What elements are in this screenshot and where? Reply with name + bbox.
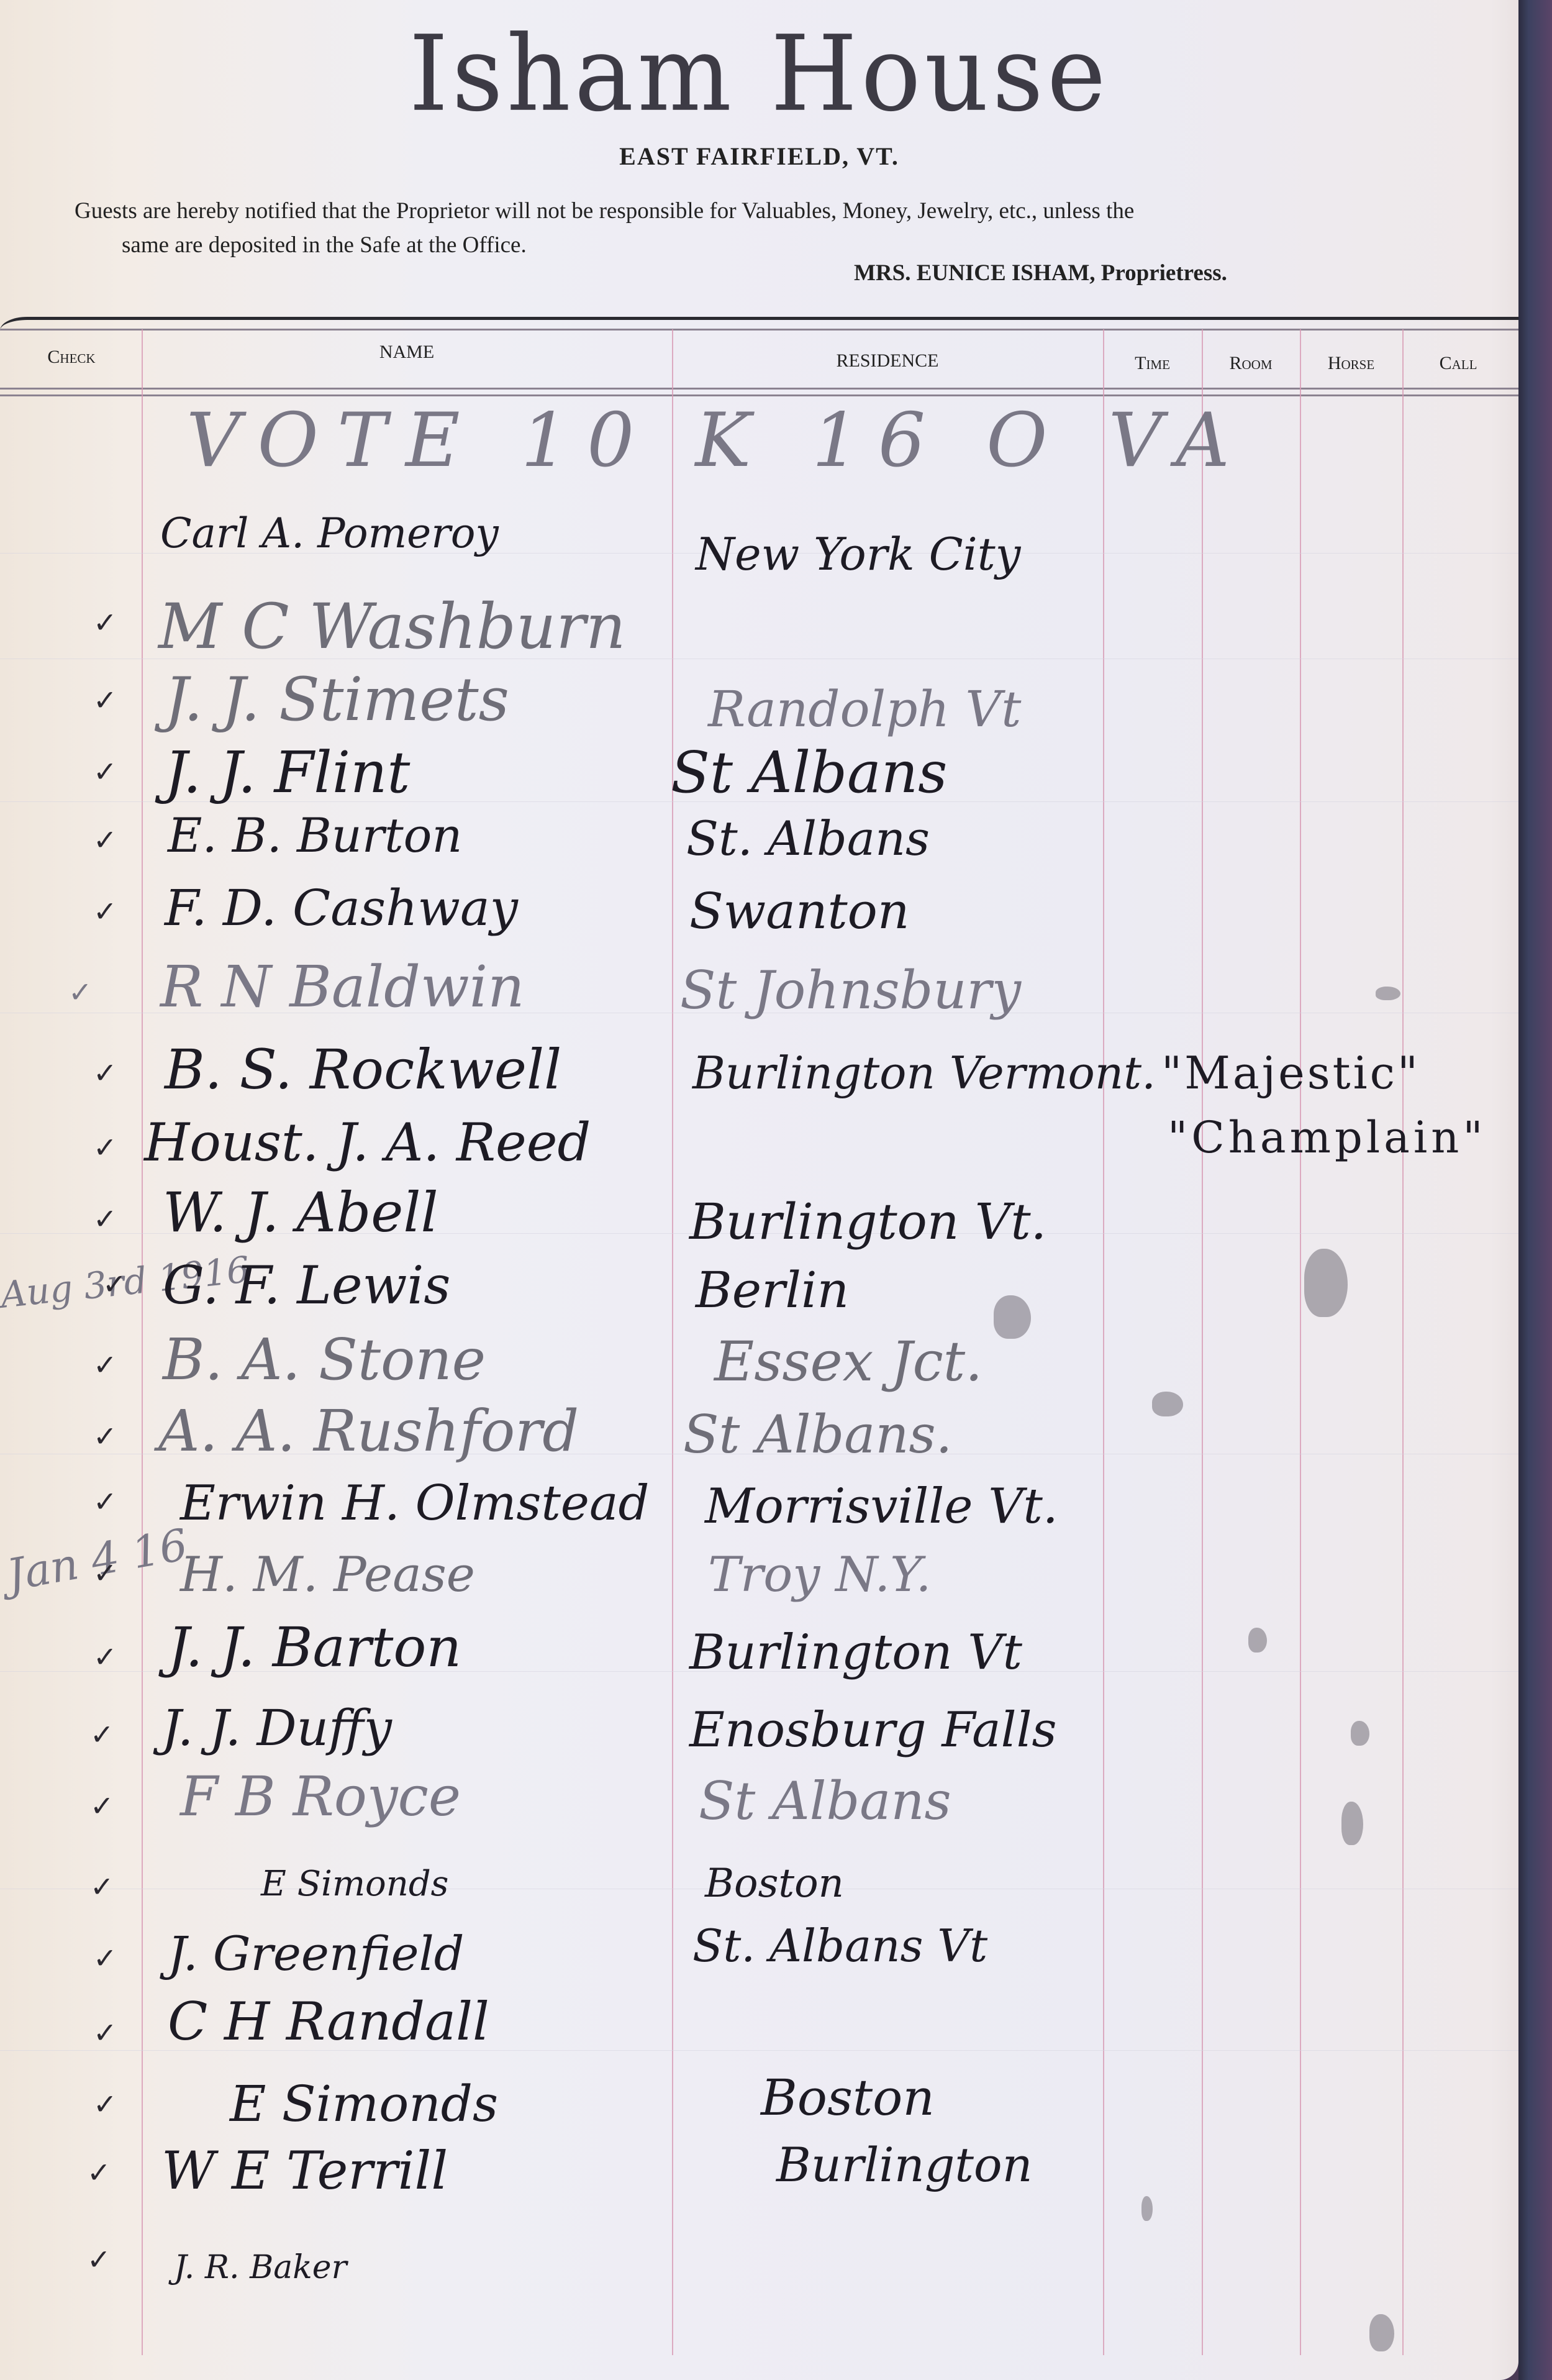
entry-name: Carl A. Pomeroy: [160, 509, 499, 557]
check-mark-icon: ✓: [93, 1556, 117, 1590]
entry-name: R N Baldwin: [160, 954, 524, 1020]
location-subtitle: EAST FAIRFIELD, VT.: [0, 142, 1518, 171]
check-mark-icon: ✓: [93, 683, 117, 717]
check-mark-icon: ✓: [93, 2016, 117, 2049]
entry-name: J. J. Stimets: [165, 665, 509, 734]
entry-residence: St. Albans Vt: [692, 1920, 987, 1972]
entry-residence: St Albans: [671, 739, 947, 806]
entry-residence: New York City: [696, 528, 1020, 580]
entry-name: W E Terrill: [161, 2140, 448, 2201]
entry-name: F. D. Cashway: [165, 879, 518, 937]
book-binding: [1518, 0, 1552, 2380]
check-mark-icon: ✓: [93, 1485, 117, 1518]
ink-stain: [994, 1295, 1031, 1339]
entry-residence: St. Albans: [686, 811, 930, 866]
entry-name: J. J. Duffy: [161, 1699, 392, 1757]
entry-name: J. J. Flint: [165, 739, 410, 806]
entry-name: J. Greenfield: [168, 1926, 464, 1981]
check-mark-icon: ✓: [90, 1789, 114, 1823]
entry-name: Erwin H. Olmstead: [180, 1475, 649, 1531]
ink-stain: [1152, 1392, 1183, 1416]
check-mark-icon: ✓: [90, 1718, 114, 1751]
check-mark-icon: ✓: [87, 2243, 111, 2276]
notice-line-1: Guests are hereby notified that the Prop…: [75, 198, 1134, 224]
entry-name: M C Washburn: [158, 590, 626, 663]
check-mark-icon: ✓: [90, 1870, 114, 1904]
entry-residence: St Albans: [699, 1771, 951, 1831]
column-header-time: Time: [1103, 353, 1202, 374]
entry-residence: Berlin: [696, 1261, 849, 1319]
entry-note: "Champlain": [1168, 1112, 1487, 1163]
ink-stain: [1376, 987, 1400, 1000]
entry-residence: Enosburg Falls: [689, 1702, 1057, 1758]
column-header-rule: [0, 388, 1518, 396]
check-mark-icon: ✓: [93, 1056, 117, 1090]
page-title: Isham House: [0, 16, 1518, 132]
column-header-check: Check: [12, 347, 130, 368]
check-mark-icon: ✓: [93, 1348, 117, 1382]
check-mark-icon: ✓: [93, 1131, 117, 1164]
check-mark-icon: ✓: [93, 1640, 117, 1674]
entry-name: E Simonds: [261, 1864, 448, 1904]
entry-residence: St Albans.: [683, 1404, 952, 1465]
column-divider: [1402, 329, 1404, 2355]
column-header-call: Call: [1402, 353, 1514, 374]
check-mark-icon: ✓: [93, 1202, 117, 1236]
proprietress-signature: MRS. EUNICE ISHAM, Proprietress.: [854, 260, 1227, 286]
check-mark-icon: ✓: [93, 2087, 117, 2121]
entry-residence: Morrisville Vt.: [705, 1479, 1058, 1534]
entry-residence: Randolph Vt: [708, 680, 1021, 738]
column-divider: [1103, 329, 1104, 2355]
check-mark-icon: ✓: [93, 755, 117, 788]
notice-line-2: same are deposited in the Safe at the Of…: [75, 228, 1410, 262]
entry-name: W. J. Abell: [163, 1180, 438, 1244]
entry-name: F B Royce: [180, 1764, 461, 1828]
entry-residence: Burlington Vt: [689, 1625, 1022, 1680]
check-mark-icon: ✓: [87, 2156, 111, 2189]
ink-stain: [1341, 1802, 1363, 1845]
entry-name: B. S. Rockwell: [165, 1037, 561, 1101]
entry-name: J. R. Baker: [174, 2249, 347, 2286]
entry-name: G. F. Lewis: [163, 1255, 450, 1316]
ink-stain: [1369, 2314, 1394, 2351]
entry-name: Houst. J. A. Reed: [144, 1112, 591, 1173]
entry-residence: Boston: [705, 1861, 844, 1907]
entry-residence: Burlington Vermont.: [692, 1047, 1156, 1099]
entry-name: C H Randall: [168, 1991, 489, 2052]
check-mark-icon: ✓: [68, 975, 93, 1009]
entry-residence: Burlington: [776, 2137, 1033, 2192]
ink-stain: [1141, 2196, 1153, 2221]
column-divider: [1300, 329, 1301, 2355]
entry-residence: Troy N.Y.: [708, 1547, 931, 1603]
column-header-room: Room: [1202, 353, 1300, 374]
entry-residence: Swanton: [689, 882, 909, 940]
check-mark-icon: ✓: [102, 1267, 127, 1301]
scrawl-row: VOTE 10 K 16 O VA: [186, 398, 1248, 484]
entry-name: J. J. Barton: [168, 1615, 461, 1679]
ink-stain: [1351, 1721, 1369, 1746]
entry-residence: St Johnsbury: [680, 960, 1021, 1021]
column-header-residence: RESIDENCE: [672, 350, 1103, 372]
register-page: Isham House EAST FAIRFIELD, VT. Guests a…: [0, 0, 1518, 2380]
entry-name: B. A. Stone: [163, 1326, 486, 1393]
check-mark-icon: ✓: [93, 1941, 117, 1975]
ink-stain: [1248, 1628, 1267, 1653]
entry-residence: Burlington Vt.: [689, 1193, 1046, 1251]
entry-residence: Boston: [761, 2069, 935, 2127]
guest-notice: Guests are hereby notified that the Prop…: [75, 194, 1410, 262]
entry-residence: Essex Jct.: [714, 1329, 982, 1393]
check-mark-icon: ✓: [93, 895, 117, 928]
header-rule: [0, 317, 1518, 331]
ink-stain: [1304, 1249, 1348, 1317]
column-divider: [672, 329, 673, 2355]
column-divider: [1202, 329, 1203, 2355]
check-mark-icon: ✓: [93, 1420, 117, 1453]
entry-name: E. B. Burton: [168, 808, 462, 863]
entry-name: A. A. Rushford: [158, 1398, 579, 1464]
column-header-name: NAME: [142, 342, 672, 363]
check-mark-icon: ✓: [93, 823, 117, 857]
check-mark-icon: ✓: [93, 606, 117, 639]
column-header-horse: Horse: [1300, 353, 1402, 374]
entry-name: H. M. Pease: [180, 1547, 475, 1603]
entry-name: E Simonds: [230, 2075, 498, 2133]
column-divider: [142, 329, 143, 2355]
entry-note: "Majestic": [1161, 1047, 1420, 1099]
